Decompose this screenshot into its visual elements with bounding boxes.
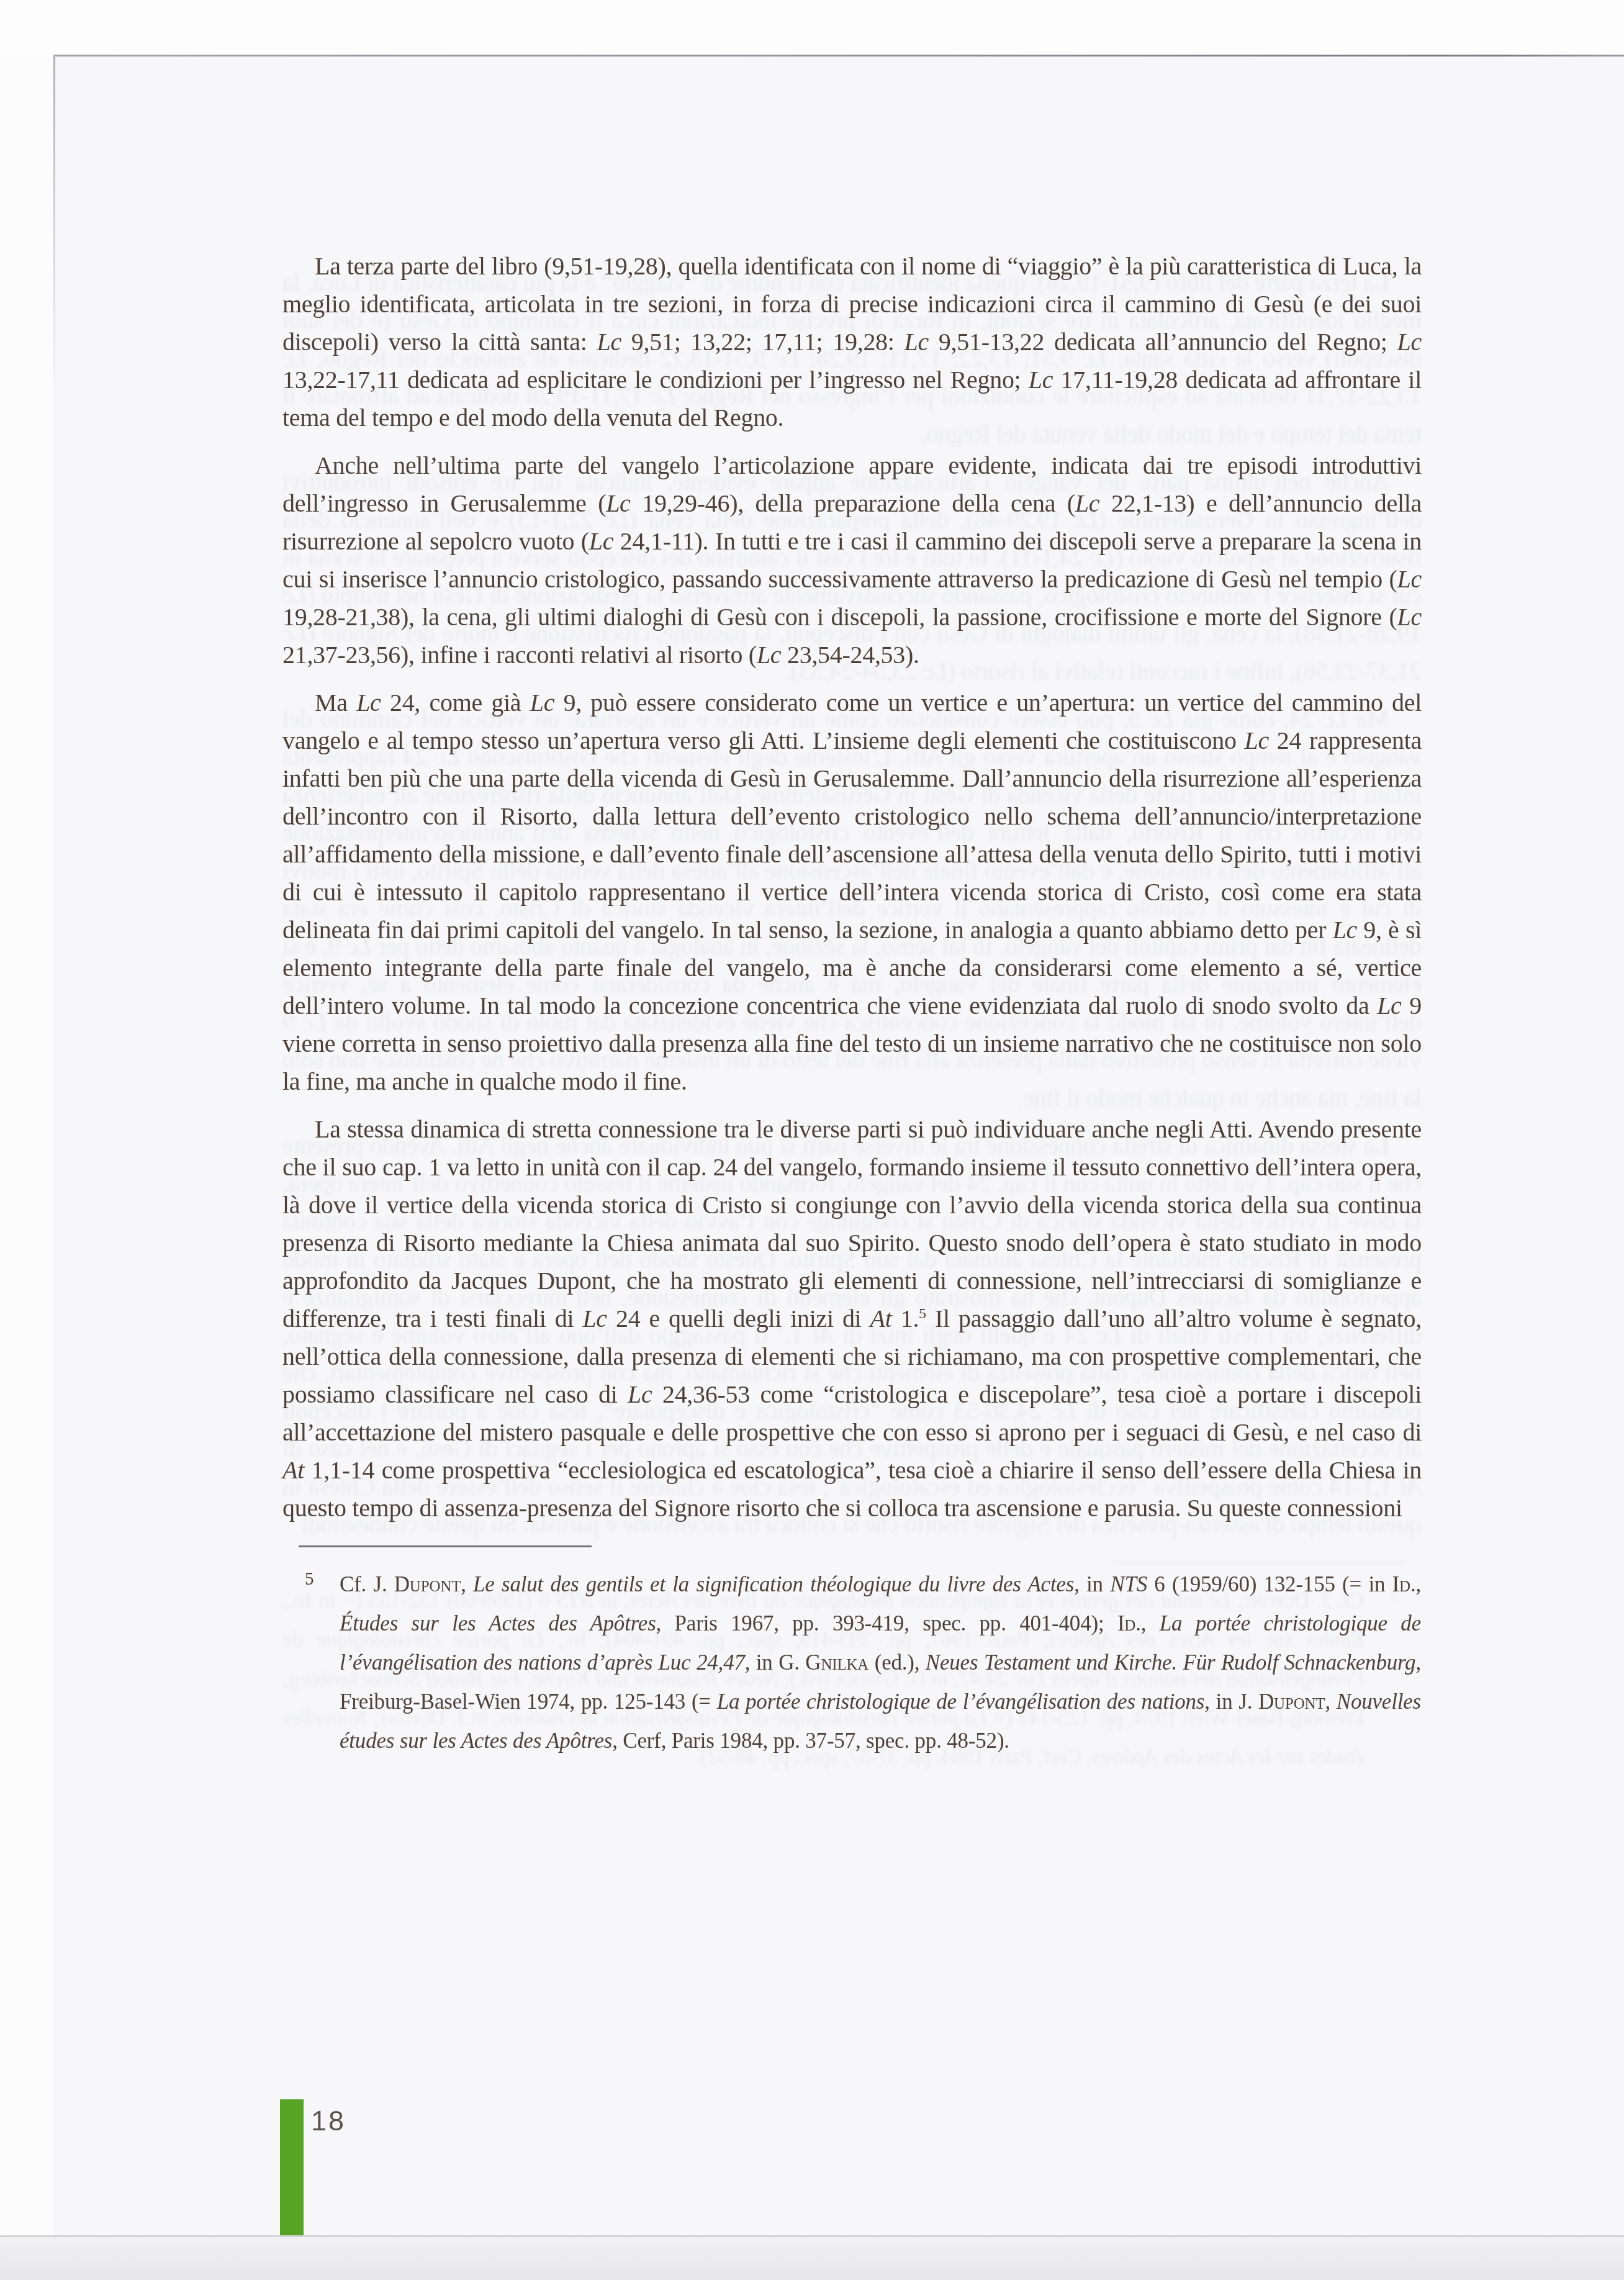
scanner-margin-bottom [0,2237,1624,2280]
footnote-separator [299,1545,592,1547]
scanner-margin-left [0,55,53,2237]
body-paragraph-3: Ma Lc 24, come già Lc 9, può essere cons… [282,684,1422,1100]
body-paragraph-2: Anche nell’ultima parte del vangelo l’ar… [282,446,1422,674]
scanner-margin-top [0,0,1624,55]
footnote-text: Cf. J. Dupont, Le salut des gentils et l… [340,1572,1421,1753]
text-column: La terza parte del libro (9,51-19,28), q… [282,247,1422,1760]
page-edge-top-line [53,55,1624,57]
body-paragraph-1: La terza parte del libro (9,51-19,28), q… [282,247,1422,437]
footnote-marker: 5 [305,1560,314,1599]
scanned-book-page: La terza parte del libro (9,51-19,28), q… [0,0,1624,2280]
page-number: 18 [311,2105,346,2137]
footnote: 5 Cf. J. Dupont, Le salut des gentils et… [340,1565,1421,1760]
page-edge-left-line [53,55,55,402]
page-number-accent-bar [280,2099,304,2237]
body-paragraph-4: La stessa dinamica di stretta connession… [282,1110,1422,1527]
